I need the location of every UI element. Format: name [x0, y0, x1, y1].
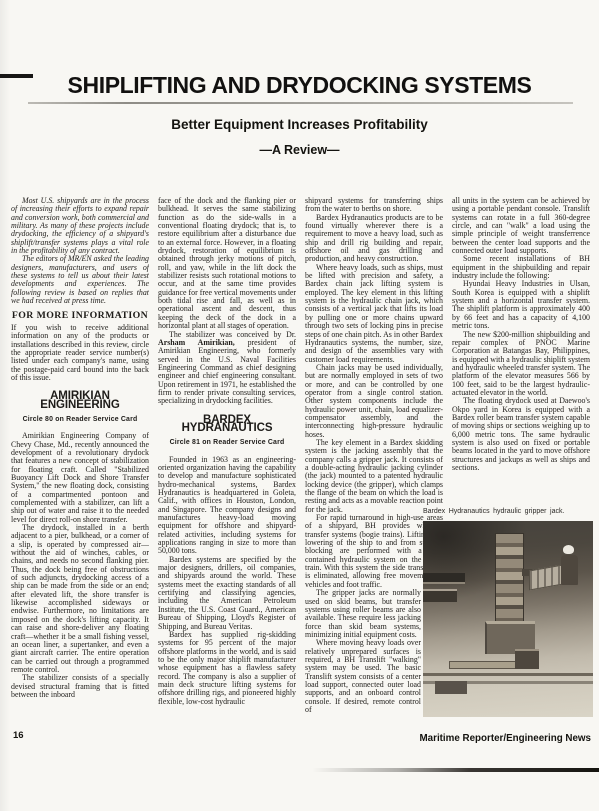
paragraph: Bardex systems are specified by the majo… — [158, 556, 296, 631]
paragraph: Bardex Hydranautics products are to be f… — [305, 214, 443, 264]
paragraph: Where heavy loads, such as ships, must b… — [305, 264, 443, 364]
paragraph: The new $200-million shipbuilding and re… — [452, 331, 590, 398]
gripper-jack-figure: Bardex Hydranautics hydraulic gripper ja… — [423, 508, 593, 717]
photo-worker-hardhat — [563, 545, 574, 554]
paragraph: shipyard systems for transferring ships … — [305, 197, 443, 214]
article-subtitle: Better Equipment Increases Profitability — [0, 117, 599, 132]
photo-ground-block — [515, 649, 539, 669]
section-heading-more-info: FOR MORE INFORMATION — [11, 312, 149, 320]
page-title: SHIPLIFTING AND DRYDOCKING SYSTEMS — [0, 72, 599, 99]
paragraph: The stabilizer consists of a specially d… — [11, 674, 149, 699]
photo-machinery-bar — [423, 589, 457, 602]
photo-jack-tower — [495, 533, 524, 627]
paragraph: The floating drydock used at Daewoo's Ok… — [452, 397, 590, 472]
journal-name: Maritime Reporter/Engineering News — [420, 733, 591, 744]
reader-service-note: Circle 80 on Reader Service Card — [11, 416, 149, 424]
paragraph: Hyundai Heavy Industries in Ulsan, South… — [452, 280, 590, 330]
intro-paragraph: The editors of MR/EN asked the leading d… — [11, 255, 149, 305]
article-column-1: Most U.S. shipyards are in the process o… — [11, 197, 149, 757]
page-number: 16 — [13, 730, 24, 741]
section-heading-bardex: BARDEX HYDRANAUTICS — [158, 416, 296, 433]
paragraph-fragment: president of Amirikian Engineering, who … — [158, 338, 296, 405]
paragraph: The gripper jacks are normally used on s… — [305, 589, 421, 639]
paragraph: Where moving heavy loads over relatively… — [305, 639, 421, 714]
title-divider-rule — [28, 102, 573, 104]
paragraph: Some recent installations of BH equipmen… — [452, 255, 590, 280]
gripper-jack-photo — [423, 521, 593, 717]
paragraph: Amirikian Engineering Company of Chevy C… — [11, 432, 149, 524]
paragraph: face of the dock and the flanking pier o… — [158, 197, 296, 331]
review-label: —A Review— — [0, 143, 599, 157]
magazine-page: SHIPLIFTING AND DRYDOCKING SYSTEMS Bette… — [0, 0, 599, 811]
bottom-edge-rule — [312, 768, 599, 772]
photo-ground-track — [423, 673, 593, 676]
paragraph: Founded in 1963 as an engineering-orient… — [158, 456, 296, 556]
photo-worker-figure — [561, 555, 578, 585]
intro-paragraph: Most U.S. shipyards are in the process o… — [11, 197, 149, 255]
paragraph: The key element in a Bardex skidding sys… — [305, 439, 443, 514]
reader-service-note: Circle 81 on Reader Service Card — [158, 439, 296, 447]
photo-machinery-bar — [423, 573, 465, 582]
article-column-2: face of the dock and the flanking pier o… — [158, 197, 296, 757]
section-heading-amirikian: AMIRIKIAN ENGINEERING — [11, 392, 149, 409]
paragraph: Chain jacks may be used individually, bu… — [305, 364, 443, 439]
figure-caption: Bardex Hydranautics hydraulic gripper ja… — [423, 508, 575, 517]
paragraph: Bardex has supplied rig-skidding systems… — [158, 631, 296, 706]
paragraph: The drydock, installed in a berth adjace… — [11, 524, 149, 674]
paragraph: If you wish to receive additional inform… — [11, 324, 149, 382]
paragraph: The stabilizer was conceived by Dr. Arsh… — [158, 331, 296, 406]
photo-ground-block — [435, 681, 467, 694]
paragraph: all units in the system can be achieved … — [452, 197, 590, 255]
